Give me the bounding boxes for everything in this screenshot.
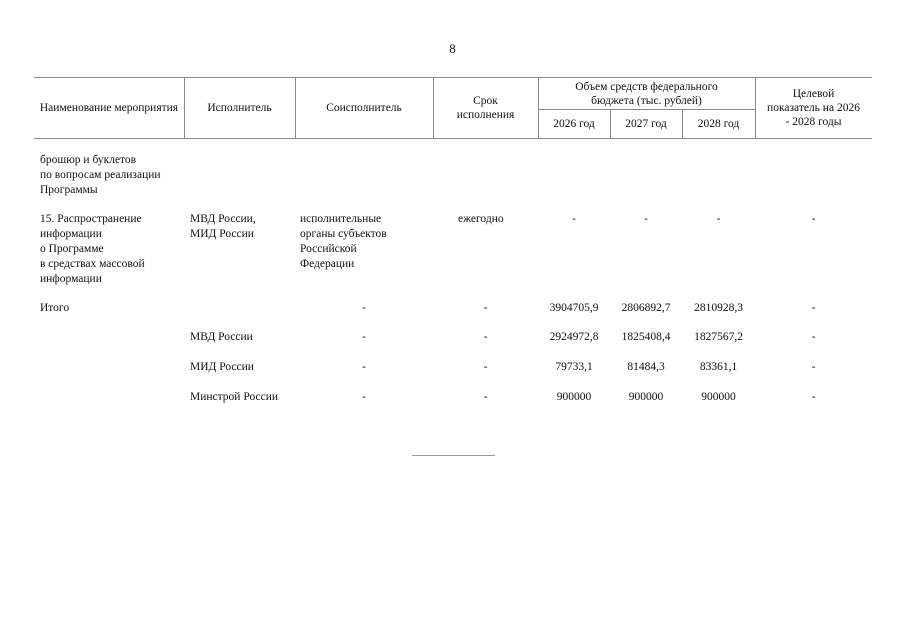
item15-deadline: ежегодно: [458, 212, 504, 227]
total-target: -: [755, 390, 872, 405]
total-2028: 900000: [682, 390, 755, 405]
text-line: исполнительные: [300, 212, 430, 227]
total-2028: 83361,1: [682, 360, 755, 375]
text-line: о Программе: [40, 242, 190, 257]
text-line: МВД России,: [190, 212, 295, 227]
total-deadline: -: [433, 360, 538, 375]
total-2026: 900000: [538, 390, 610, 405]
total-name: Итого: [40, 301, 69, 316]
total-2028: 2810928,3: [682, 301, 755, 316]
total-2026: 79733,1: [538, 360, 610, 375]
continuation-name: брошюр и буклетов по вопросам реализации…: [40, 153, 190, 198]
total-2027: 1825408,4: [610, 330, 682, 345]
text-line: информации: [40, 227, 190, 242]
text-line: Программы: [40, 183, 190, 198]
total-coexecutor: -: [295, 301, 433, 316]
item15-coexecutor: исполнительные органы субъектов Российск…: [300, 212, 430, 272]
page-number: 8: [0, 41, 905, 57]
header-name: Наименование мероприятия: [34, 78, 184, 138]
total-coexecutor: -: [295, 360, 433, 375]
total-executor: Минстрой России: [190, 390, 278, 405]
header-target: Целевой показатель на 2026 - 2028 годы: [755, 78, 872, 138]
end-separator-line: [412, 455, 495, 456]
total-coexecutor: -: [295, 390, 433, 405]
total-target: -: [755, 330, 872, 345]
text-line: по вопросам реализации: [40, 168, 190, 183]
total-coexecutor: -: [295, 330, 433, 345]
total-deadline: -: [433, 330, 538, 345]
total-target: -: [755, 360, 872, 375]
total-2026: 2924972,8: [538, 330, 610, 345]
header-2027: 2027 год: [610, 109, 682, 138]
item15-target: -: [755, 212, 872, 227]
text-line: 15. Распространение: [40, 212, 190, 227]
total-executor: МИД России: [190, 360, 254, 375]
text-line: информации: [40, 272, 190, 287]
header-2026: 2026 год: [538, 109, 610, 138]
text-line: органы субъектов: [300, 227, 430, 242]
text-line: МИД России: [190, 227, 295, 242]
total-deadline: -: [433, 301, 538, 316]
text-line: брошюр и буклетов: [40, 153, 190, 168]
item15-executor: МВД России, МИД России: [190, 212, 295, 242]
total-deadline: -: [433, 390, 538, 405]
header-coexecutor: Соисполнитель: [295, 78, 433, 138]
header-executor: Исполнитель: [184, 78, 295, 138]
header-budget-group: Объем средств федерального бюджета (тыс.…: [538, 78, 755, 109]
text-line: Федерации: [300, 257, 430, 272]
item15-name: 15. Распространение информации о Програм…: [40, 212, 190, 287]
text-line: Российской: [300, 242, 430, 257]
total-2028: 1827567,2: [682, 330, 755, 345]
header-2028: 2028 год: [682, 109, 755, 138]
total-2027: 2806892,7: [610, 301, 682, 316]
total-2027: 81484,3: [610, 360, 682, 375]
total-2026: 3904705,9: [538, 301, 610, 316]
item15-2028: -: [682, 212, 755, 227]
total-executor: МВД России: [190, 330, 253, 345]
total-2027: 900000: [610, 390, 682, 405]
header-deadline: Срок исполнения: [433, 78, 538, 138]
item15-2027: -: [610, 212, 682, 227]
text-line: в средствах массовой: [40, 257, 190, 272]
table-header: Наименование мероприятия Исполнитель Сои…: [34, 77, 872, 139]
item15-2026: -: [538, 212, 610, 227]
total-target: -: [755, 301, 872, 316]
